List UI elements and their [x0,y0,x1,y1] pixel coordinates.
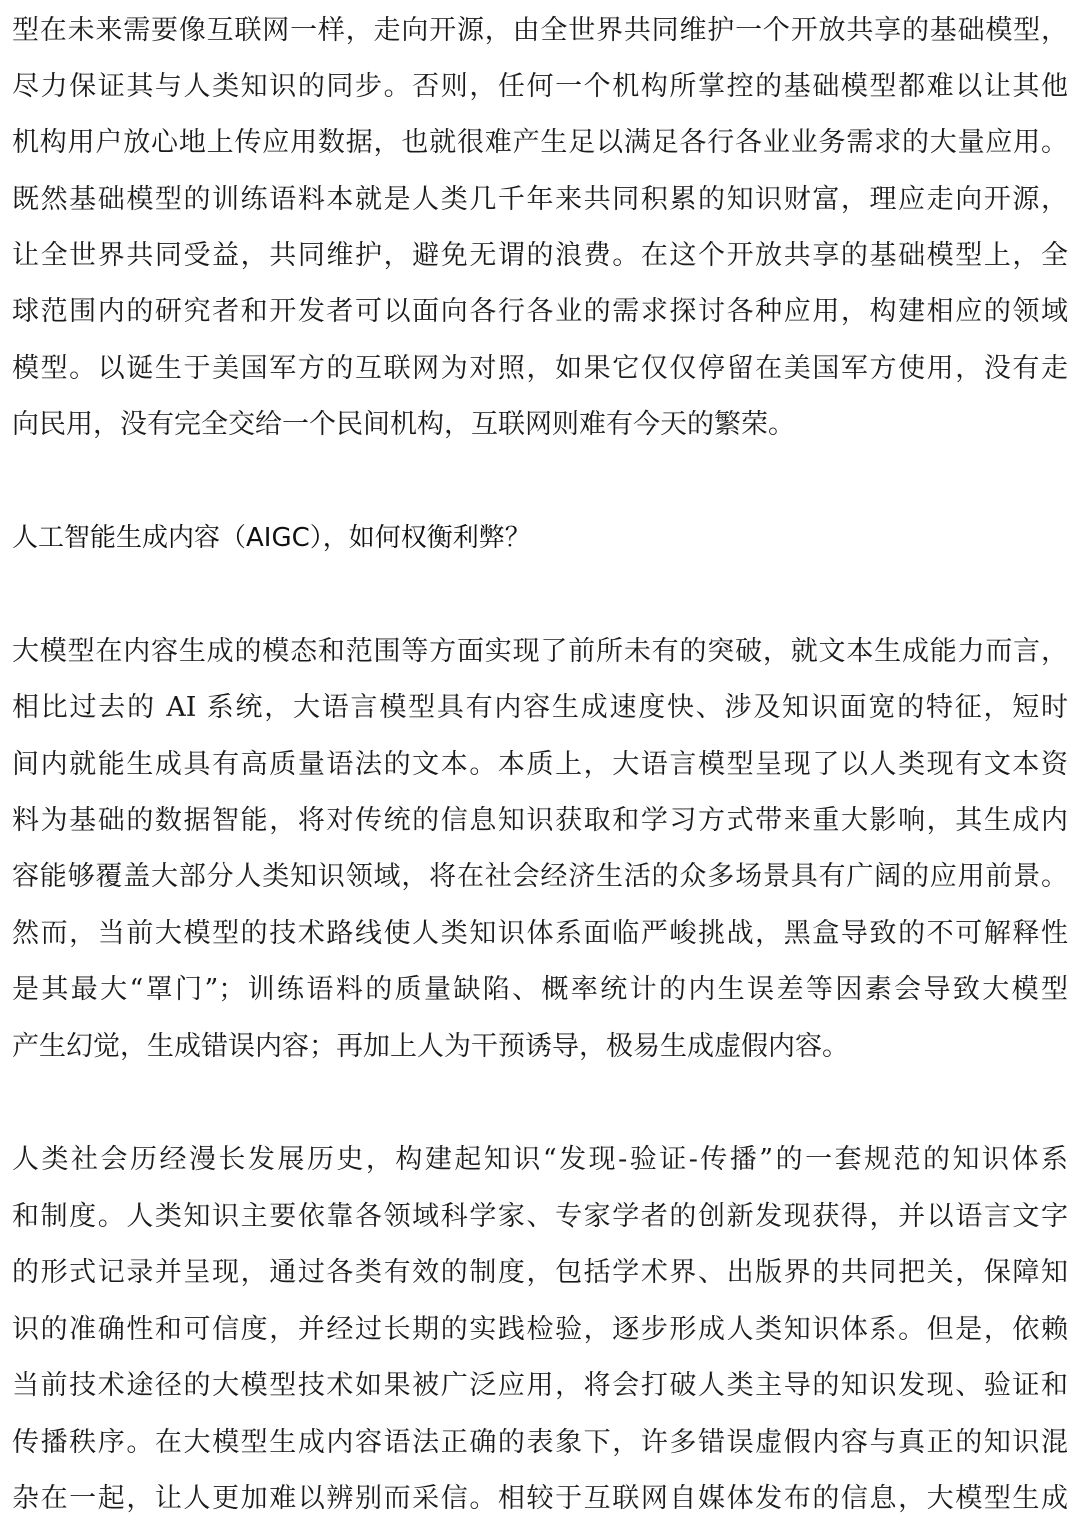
text-line: 的形式记录并呈现，通过各类有效的制度，包括学术界、出版界的共同把关，保障知 [12,1253,1068,1293]
text-line: 和制度。人类知识主要依靠各领域科学家、专家学者的创新发现获得，并以语言文字 [12,1197,1068,1237]
text-line: 人类社会历经漫长发展历史，构建起知识“发现-验证-传播”的一套规范的知识体系 [12,1140,1068,1180]
text-line: 识的准确性和可信度，并经过长期的实践检验，逐步形成人类知识体系。但是，依赖 [12,1310,1068,1350]
text-line: 料为基础的数据智能，将对传统的信息知识获取和学习方式带来重大影响，其生成内 [12,801,1068,841]
document-page: 型在未来需要像互联网一样，走向开源，由全世界共同维护一个开放共享的基础模型， 尽… [0,0,1080,1527]
section-heading: 人工智能生成内容（AIGC），如何权衡利弊？ [12,518,531,558]
text-line: 模型。以诞生于美国军方的互联网为对照，如果它仅仅停留在美国军方使用，没有走 [12,349,1068,389]
text-line: 杂在一起，让人更加难以辨别而采信。相较于互联网自媒体发布的信息，大模型生成 [12,1479,1068,1519]
text-line: 尽力保证其与人类知识的同步。否则，任何一个机构所掌控的基础模型都难以让其他 [12,67,1068,107]
text-line: 间内就能生成具有高质量语法的文本。本质上，大语言模型呈现了以人类现有文本资 [12,745,1068,785]
text-line: 容能够覆盖大部分人类知识领域，将在社会经济生活的众多场景具有广阔的应用前景。 [12,857,1068,897]
text-line: 是其最大“罩门”；训练语料的质量缺陷、概率统计的内生误差等因素会导致大模型 [12,970,1068,1010]
text-line: 传播秩序。在大模型生成内容语法正确的表象下，许多错误虚假内容与真正的知识混 [12,1423,1068,1463]
text-line: 大模型在内容生成的模态和范围等方面实现了前所未有的突破，就文本生成能力而言， [12,632,1068,672]
text-line: 产生幻觉，生成错误内容；再加上人为干预诱导，极易生成虚假内容。 [12,1027,849,1067]
text-line: 机构用户放心地上传应用数据，也就很难产生足以满足各行各业业务需求的大量应用。 [12,123,1068,163]
text-line: 相比过去的 AI 系统，大语言模型具有内容生成速度快、涉及知识面宽的特征，短时 [12,688,1068,728]
text-line: 让全世界共同受益，共同维护，避免无谓的浪费。在这个开放共享的基础模型上，全 [12,236,1068,276]
text-line: 当前技术途径的大模型技术如果被广泛应用，将会打破人类主导的知识发现、验证和 [12,1366,1068,1406]
text-line: 然而，当前大模型的技术路线使人类知识体系面临严峻挑战，黑盒导致的不可解释性 [12,914,1068,954]
text-line: 既然基础模型的训练语料本就是人类几千年来共同积累的知识财富，理应走向开源， [12,180,1068,220]
text-line: 型在未来需要像互联网一样，走向开源，由全世界共同维护一个开放共享的基础模型， [12,11,1068,51]
text-line: 向民用，没有完全交给一个民间机构，互联网则难有今天的繁荣。 [12,405,795,445]
text-line: 球范围内的研究者和开发者可以面向各行各业的需求探讨各种应用，构建相应的领域 [12,292,1068,332]
